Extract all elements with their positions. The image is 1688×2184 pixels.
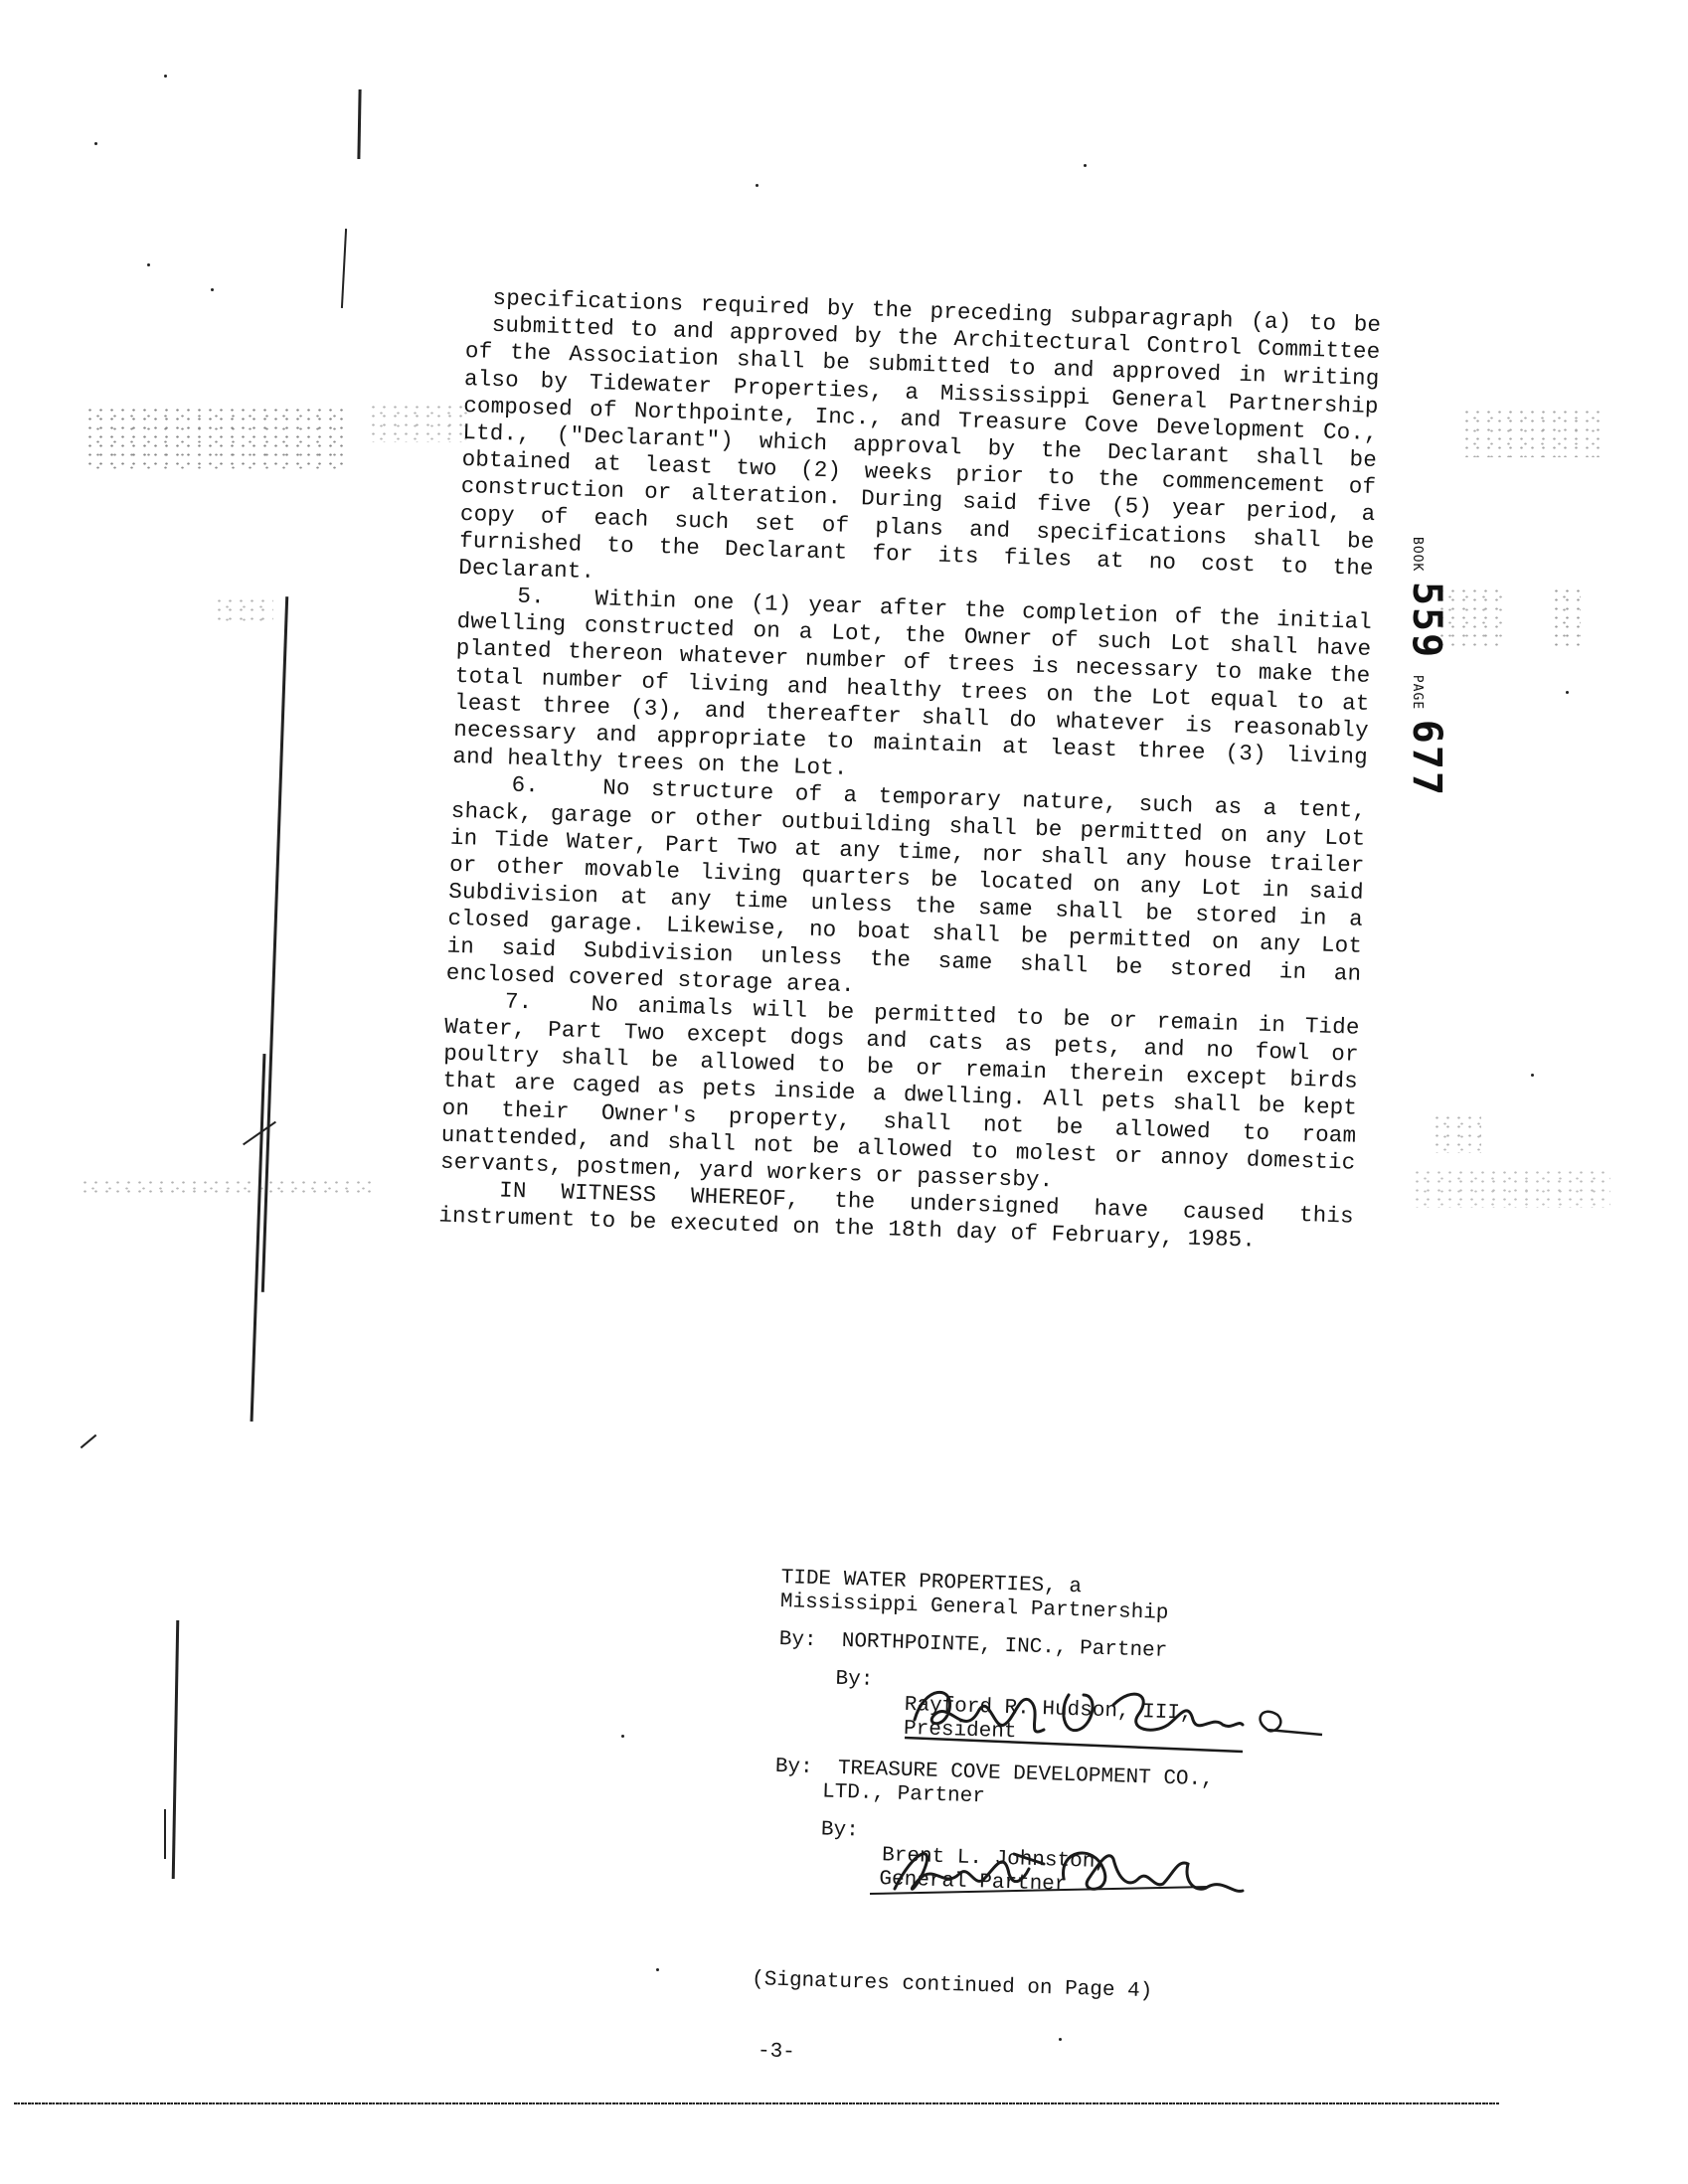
scan-noise — [84, 406, 343, 471]
scan-speck — [164, 75, 167, 78]
scan-noise — [368, 403, 467, 442]
scan-speck — [1084, 164, 1087, 167]
by-label: By: — [778, 1628, 816, 1652]
scan-noise — [1412, 1168, 1610, 1208]
scan-speck — [1566, 691, 1569, 694]
handwritten-signature-2 — [865, 1839, 1282, 1929]
scan-noise — [80, 1178, 378, 1194]
scan-artifact-mark — [81, 1434, 97, 1448]
scan-speck — [1531, 1074, 1534, 1077]
book-number: 559 — [1404, 582, 1449, 659]
page-footer-number: -3- — [750, 2040, 1151, 2076]
scan-artifact-mark — [357, 89, 361, 159]
scan-bottom-edge — [14, 2102, 1499, 2104]
scan-noise — [1461, 408, 1601, 457]
scan-speck — [147, 263, 150, 266]
scan-speck — [621, 1735, 624, 1738]
handwritten-signature-1 — [895, 1680, 1332, 1769]
scan-artifact-mark — [341, 229, 347, 308]
scan-noise — [1432, 1113, 1481, 1153]
by-label: By: — [821, 1818, 859, 1842]
scan-noise — [1551, 587, 1581, 646]
scanned-page: specifications required by the preceding… — [0, 0, 1688, 2184]
signature-continuation: (Signatures continued on Page 4) -3- — [748, 1921, 1154, 2123]
recording-stamp: BOOK 559 PAGE 677 — [1404, 537, 1449, 797]
scan-noise — [214, 596, 273, 621]
scan-speck — [756, 184, 759, 187]
continuation-note: (Signatures continued on Page 4) — [752, 1968, 1153, 2004]
by-label: By: — [774, 1756, 812, 1779]
scan-speck — [94, 142, 97, 145]
document-body: specifications required by the preceding… — [438, 284, 1382, 1258]
book-label: BOOK — [1410, 537, 1425, 572]
scan-speck — [656, 1968, 659, 1971]
scan-artifact-mark — [172, 1620, 180, 1879]
page-number-stamp: 677 — [1404, 720, 1449, 797]
by-label: By: — [835, 1668, 873, 1692]
scan-speck — [211, 288, 214, 291]
scan-artifact-mark — [164, 1809, 166, 1859]
page-label: PAGE — [1410, 675, 1425, 710]
